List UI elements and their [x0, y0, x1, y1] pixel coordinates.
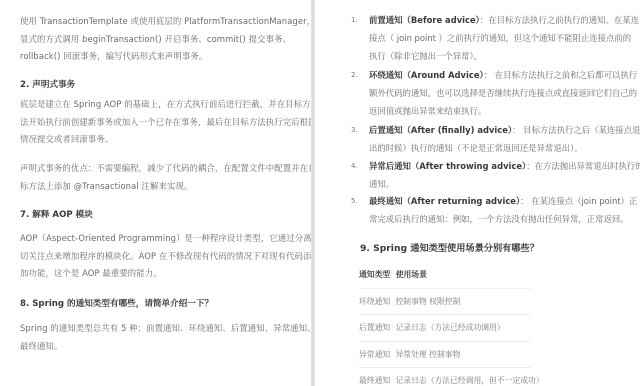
advice-title: 前置通知（Before advice） [369, 15, 480, 25]
section-9-heading: 9. Spring 通知类型使用场景分别有哪些？ [360, 240, 539, 254]
list-number: 1. [351, 12, 358, 30]
advice-usage-table: 通知类型 使用场景 环绕通知 控制事物 权限控制 后置通知 记录日志（方法已经成… [359, 262, 531, 386]
text-line: ：在方法抛出异常退出时执行的 [526, 161, 640, 171]
table-row: 环绕通知 控制事物 权限控制 [359, 289, 531, 316]
section-7-heading: 7. 解释 AOP 模块 [20, 208, 93, 220]
section-2-paragraph-1: 底层是建立在 Spring AOP 的基础上，在方式执行前后进行拦截，并在目标方… [20, 96, 265, 149]
table-cell: 异常处理 控制事物 [395, 350, 460, 359]
text-line: 情况提交或者回滚事务。 [20, 131, 265, 149]
table-cell: 最终通知 [359, 368, 393, 386]
text-line: 执行（除非它抛出一个异常）。 [369, 48, 609, 66]
intro-paragraph: 使用 TransactionTemplate 或使用底层的 PlatformTr… [20, 13, 265, 66]
text-line: 额外代码的通知。也可以选择是否继续执行连接点或直接返回它们自己的 [369, 85, 609, 103]
text-line: 最终通知。 [20, 338, 265, 356]
advice-item-before: 1. 前置通知（Before advice）：在目标方法执行之前执行的通知。在某… [369, 12, 609, 65]
section-7-paragraph: AOP（Aspect-Oriented Programming）是一种程序设计类… [20, 230, 265, 283]
list-number: 4. [351, 158, 358, 176]
table-cell: 控制事物 权限控制 [395, 297, 460, 306]
column-header: 使用场景 [396, 270, 427, 279]
text-line: ： 在目标方法执行之前和之后都可以执行 [484, 70, 637, 80]
text-line: 显式的方式调用 beginTransaction() 开启事务、commit()… [20, 31, 265, 49]
column-header: 通知类型 [359, 262, 393, 288]
advice-item-after-throwing: 4. 异常后通知（After throwing advice）：在方法抛出异常退… [369, 158, 609, 194]
list-number: 2. [351, 67, 358, 85]
advice-title: 异常后通知（After throwing advice） [369, 161, 526, 171]
advice-title: 后置通知（After (finally) advice） [369, 125, 512, 135]
text-line: Spring 的通知类型总共有 5 种：前置通知、环绕通知、后置通知、异常通知、 [20, 320, 265, 338]
advice-item-after-finally: 3. 后置通知（After (finally) advice）： 目标方法执行之… [369, 122, 609, 158]
text-line: ： 目标方法执行之后（某连接点退 [512, 125, 640, 135]
advice-item-after-returning: 5. 最终通知（After returning advice）： 在某连接点（j… [369, 193, 609, 229]
text-line: 出的时候）执行的通知（不论是正常返回还是异常退出）。 [369, 140, 609, 158]
text-line: 标方法上添加 @Transactional 注解来实现。 [20, 178, 265, 196]
section-8-paragraph: Spring 的通知类型总共有 5 种：前置通知、环绕通知、后置通知、异常通知、… [20, 320, 265, 355]
text-line: rollback() 回滚事务，编写代码形式来声明事务。 [20, 48, 265, 66]
text-line: 法开始执行前创建新事务或加入一个已存在事务，最后在目标方法执行完后根据 [20, 114, 265, 132]
table-cell: 记录日志（方法已经成功调用） [395, 323, 504, 332]
text-line: 加功能，这个是 AOP 最重要的能力。 [20, 265, 265, 283]
left-page: 使用 TransactionTemplate 或使用底层的 PlatformTr… [0, 0, 311, 386]
text-line: 使用 TransactionTemplate 或使用底层的 PlatformTr… [20, 13, 265, 31]
right-page: 1. 前置通知（Before advice）：在目标方法执行之前执行的通知。在某… [315, 0, 640, 386]
list-number: 3. [351, 122, 358, 140]
section-2-paragraph-2: 声明式事务的优点：不需要编程，减少了代码的耦合，在配置文件中配置并在目 标方法上… [20, 160, 265, 195]
text-line: 返回值或抛出异常来结束执行。 [369, 103, 609, 121]
section-8-heading: 8. Spring 的通知类型有哪些，请简单介绍一下？ [20, 297, 213, 309]
text-line: ：在目标方法执行之前执行的通知。在某连 [480, 15, 639, 25]
text-line: 切关注点来增加程序的模块化。AOP 在不修改现有代码的情况下对现有代码添 [20, 248, 265, 266]
text-line: AOP（Aspect-Oriented Programming）是一种程序设计类… [20, 230, 265, 248]
text-line: 常完成后执行的通知：例如，一个方法没有抛出任何异常，正常返回。 [369, 211, 609, 229]
text-line: ： 在某连接点（join point）正 [520, 196, 637, 206]
table-header-row: 通知类型 使用场景 [359, 262, 531, 289]
table-cell: 环绕通知 [359, 289, 393, 315]
text-line: 接点（ join point ）之前执行的通知，但这个通知不能阻止连接点前的 [369, 30, 609, 48]
text-line: 声明式事务的优点：不需要编程，减少了代码的耦合，在配置文件中配置并在目 [20, 160, 265, 178]
advice-item-around: 2. 环绕通知（Around Advice）： 在目标方法执行之前和之后都可以执… [369, 67, 609, 120]
text-line: 底层是建立在 Spring AOP 的基础上，在方式执行前后进行拦截，并在目标方 [20, 96, 265, 114]
advice-title: 环绕通知（Around Advice） [369, 70, 484, 80]
text-line: 通知。 [369, 176, 609, 194]
section-2-heading: 2. 声明式事务 [20, 78, 75, 90]
table-row: 异常通知 异常处理 控制事物 [359, 342, 531, 369]
table-cell: 记录日志（方法已经调用，但不一定成功） [395, 376, 543, 385]
table-row: 后置通知 记录日志（方法已经成功调用） [359, 315, 531, 342]
table-row: 最终通知 记录日志（方法已经调用，但不一定成功） [359, 368, 531, 386]
table-cell: 后置通知 [359, 315, 393, 341]
list-number: 5. [351, 193, 358, 211]
table-cell: 异常通知 [359, 342, 393, 368]
advice-title: 最终通知（After returning advice） [369, 196, 520, 206]
